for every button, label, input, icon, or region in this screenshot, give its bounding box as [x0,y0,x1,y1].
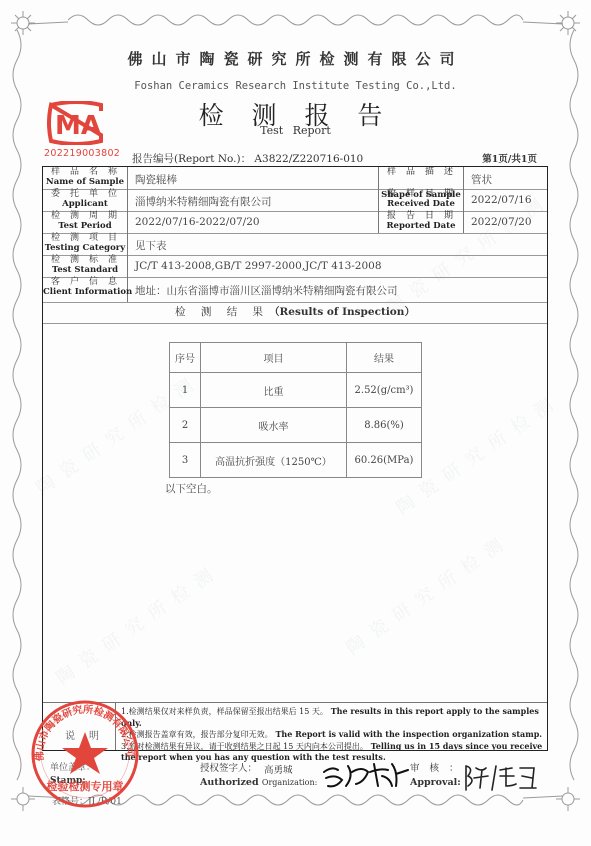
note-line: 2.检测报告盖章有效，报告部分复印无效。 The Report is valid… [121,729,543,741]
ornament-corner-icon [553,8,583,38]
report-frame: 样品名称Name of Sample 陶瓷辊棒 样品描述Shape of Sam… [42,166,548,751]
authorized-name: 高勇城 [264,762,293,776]
applicant-value: 淄博纳米特精细陶瓷有限公司 [135,194,272,209]
info-row-testing-category: 检测项目Testing Category 见下表 [43,233,547,256]
info-row-test-period: 检测周期Test Period 2022/07/16-2022/07/20 报告… [43,211,547,234]
official-stamp-icon: 佛山市陶瓷研究所检测有限公司 检验检测专用章 [30,694,140,814]
sample-shape-value: 管状 [471,172,492,187]
signature-authorized-icon [318,758,418,792]
test-standard-value: JC/T 413-2008,GB/T 2997-2000,JC/T 413-20… [135,260,382,272]
reported-date-value: 2022/07/20 [471,216,532,228]
company-name-cn: 佛山市陶瓷研究所检测有限公司 [0,48,591,69]
results-table-header: 序号 项目 结果 [170,343,422,373]
received-date-value: 2022/07/16 [471,194,532,206]
ornament-corner-icon [8,8,38,38]
testing-category-value: 见下表 [135,238,167,253]
blank-note: 以下空白。 [165,481,218,496]
company-name-en: Foshan Ceramics Research Institute Testi… [0,80,591,92]
authorized-signatory: 授权签字人： Authorized Organization: [200,762,317,790]
ornament-border-left [8,30,26,786]
ornament-border-top [28,8,563,30]
results-table: 序号 项目 结果 1 比重 2.52(g/cm³) 2 吸水率 8.86(%) … [169,342,422,478]
table-row: 1 比重 2.52(g/cm³) [170,373,422,408]
ornament-border-right [565,30,583,786]
info-row-test-standard: 检测标准Test Standard JC/T 413-2008,GB/T 299… [43,255,547,278]
info-row-client-info: 客户信息Client Information 地址：山东省淄博市淄川区淄博纳米特… [43,277,547,303]
info-row-sample-name: 样品名称Name of Sample 陶瓷辊棒 样品描述Shape of Sam… [43,167,547,190]
notes-text: 1.检测结果仅对来样负责，样品保留至报出结果后 15 天。 The result… [121,706,543,764]
table-row: 2 吸水率 8.86(%) [170,408,422,443]
info-row-applicant: 委托单位Applicant 淄博纳米特精细陶瓷有限公司 收样日期Received… [43,189,547,212]
client-info-value: 地址：山东省淄博市淄川区淄博纳米特精细陶瓷有限公司 [135,283,398,298]
table-row: 3 高温抗折强度（1250℃） 60.26(MPa) [170,443,422,478]
svg-text:MA: MA [55,111,101,141]
results-heading: 检 测 结 果（Results of Inspection） [43,302,547,324]
report-number: 报告编号(Report No.)： A3822/Z220716-010 [132,151,363,166]
page-number: 第1页/共1页 [482,151,537,165]
cma-number: 202219003802 [44,148,120,159]
test-period-value: 2022/07/16-2022/07/20 [135,216,260,228]
note-line: 1.检测结果仅对来样负责，样品保留至报出结果后 15 天。 The result… [121,706,543,729]
svg-text:检验检测专用章: 检验检测专用章 [47,779,124,793]
sample-name-value: 陶瓷辊棒 [135,172,177,187]
test-report-page: 陶瓷研究所检测 陶瓷研究所检测 陶瓷研究所检测 陶瓷研究所检测 陶瓷研究所检测 … [0,0,591,846]
ornament-corner-icon [553,784,583,814]
cma-logo-icon: MA [45,101,107,145]
signature-approval-icon [460,760,540,794]
